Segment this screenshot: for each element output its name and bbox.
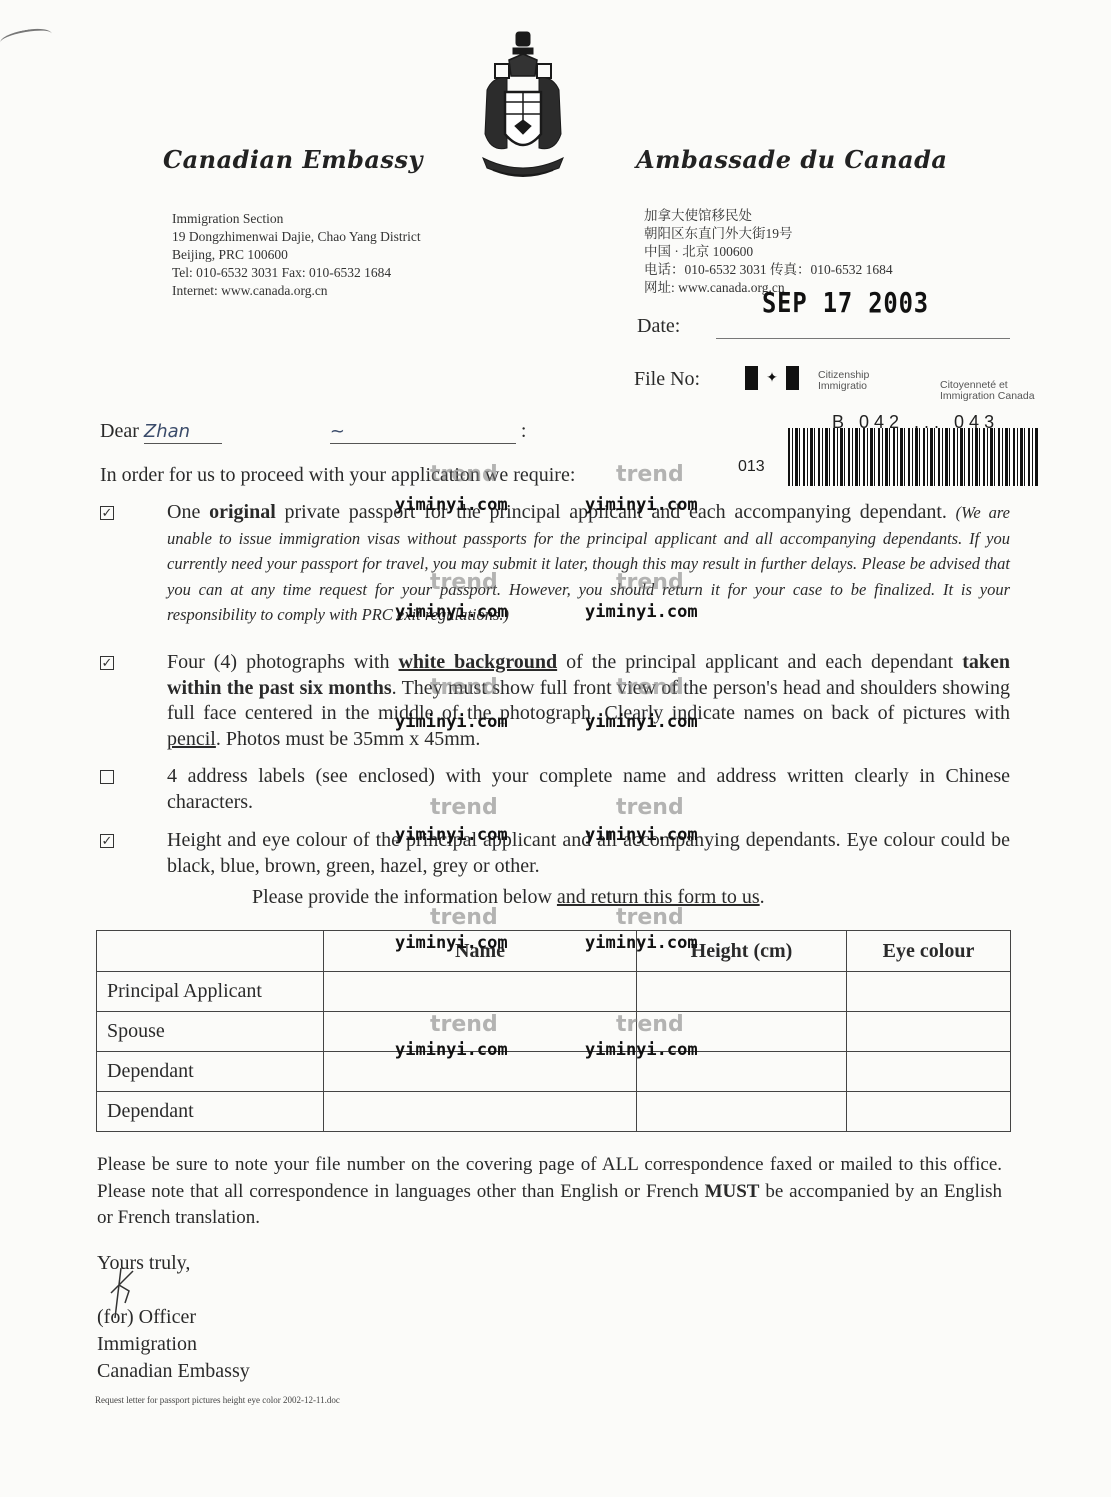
column-header-name: Name: [324, 931, 637, 972]
text-run: One: [167, 501, 209, 523]
text-run: . Photos must be 35mm x 45mm.: [216, 728, 480, 750]
barcode: [788, 428, 1038, 486]
table-cell[interactable]: [637, 972, 847, 1012]
requirement-text: 4 address labels (see enclosed) with you…: [167, 764, 1010, 815]
agency-name-english: Citizenship Immigratio: [818, 370, 869, 392]
table-cell[interactable]: [847, 1052, 1011, 1092]
salutation-colon: :: [521, 420, 527, 442]
first-name-field[interactable]: Zhan: [144, 420, 222, 444]
table-row: Principal Applicant: [97, 972, 1011, 1012]
address-line: 加拿大使馆移民处: [644, 207, 893, 225]
signature-scribble-icon: [105, 1263, 145, 1323]
text-run: pencil: [167, 728, 216, 750]
file-number-label: File No:: [634, 368, 700, 391]
closing-emphasis: MUST: [705, 1181, 760, 1202]
chinese-address: 加拿大使馆移民处 朝阳区东直门外大街19号 中国 · 北京 100600 电话：…: [644, 207, 893, 297]
provide-suffix: .: [760, 886, 765, 908]
text-run: original: [209, 501, 276, 523]
applicant-info-table: Name Height (cm) Eye colour Principal Ap…: [96, 930, 1011, 1132]
column-header: [97, 931, 324, 972]
file-prefix: 013: [738, 458, 765, 476]
address-line: Internet: www.canada.org.cn: [172, 282, 421, 300]
row-label: Principal Applicant: [97, 972, 324, 1012]
table-cell[interactable]: [847, 1092, 1011, 1132]
provide-instruction: Please provide the information below and…: [252, 886, 765, 909]
address-line: 电话：010-6532 3031 传真：010-6532 1684: [644, 261, 893, 279]
handwritten-last-name: ~: [330, 421, 345, 442]
address-line: Immigration Section: [172, 210, 421, 228]
organization: Canadian Embassy: [97, 1358, 250, 1385]
date-label: Date:: [637, 315, 680, 338]
address-line: 朝阳区东直门外大街19号: [644, 225, 893, 243]
height-eye-checkbox[interactable]: ✓: [100, 834, 114, 848]
table-cell[interactable]: [324, 1012, 637, 1052]
table-cell[interactable]: [324, 1092, 637, 1132]
table-cell[interactable]: [637, 1012, 847, 1052]
table-cell[interactable]: [637, 1092, 847, 1132]
provide-underlined: and return this form to us: [557, 886, 760, 908]
address-line: Beijing, PRC 100600: [172, 246, 421, 264]
table-cell[interactable]: [324, 972, 637, 1012]
table-row: Spouse: [97, 1012, 1011, 1052]
passport-checkbox[interactable]: ✓: [100, 506, 114, 520]
requirement-text: Four (4) photographs with white backgrou…: [167, 650, 1010, 752]
row-label: Dependant: [97, 1052, 324, 1092]
address-line: 中国 · 北京 100600: [644, 243, 893, 261]
text-run: private passport for the principal appli…: [276, 501, 956, 523]
date-field-line: [716, 338, 1010, 339]
address-line: 19 Dongzhimenwai Dajie, Chao Yang Distri…: [172, 228, 421, 246]
stray-pen-mark: [0, 26, 53, 51]
agency-name-french: Citoyenneté et Immigration Canada: [940, 380, 1035, 402]
row-label: Dependant: [97, 1092, 324, 1132]
date-stamp: SEP 17 2003: [762, 286, 929, 319]
text-run: Height and eye colour of the principal a…: [167, 829, 1010, 877]
column-header-eye-colour: Eye colour: [847, 931, 1011, 972]
table-cell[interactable]: [847, 972, 1011, 1012]
text-run: white background: [398, 651, 557, 673]
salutation: Dear Zhan ~ :: [100, 420, 526, 444]
table-row: Dependant: [97, 1052, 1011, 1092]
handwritten-first-name: Zhan: [144, 421, 190, 442]
last-name-field[interactable]: ~: [330, 420, 516, 444]
text-run: Four (4) photographs with: [167, 651, 398, 673]
table-header-row: Name Height (cm) Eye colour: [97, 931, 1011, 972]
coat-of-arms-icon: [473, 30, 573, 185]
english-address: Immigration Section 19 Dongzhimenwai Daj…: [172, 210, 421, 300]
intro-text: In order for us to proceed with your app…: [100, 464, 575, 487]
letterhead-english-title: Canadian Embassy: [163, 145, 423, 174]
text-run: 4 address labels (see enclosed) with you…: [167, 765, 1010, 813]
agency-line: Immigratio: [818, 381, 869, 392]
document-filename: Request letter for passport pictures hei…: [95, 1395, 340, 1405]
watermark-logo: trend: [616, 462, 684, 487]
dear-label: Dear: [100, 420, 139, 442]
text-run: of the principal applicant and each depe…: [557, 651, 962, 673]
address-line: Tel: 010-6532 3031 Fax: 010-6532 1684: [172, 264, 421, 282]
table-cell[interactable]: [324, 1052, 637, 1092]
photographs-checkbox[interactable]: ✓: [100, 656, 114, 670]
letterhead-french-title: Ambassade du Canada: [636, 145, 947, 174]
row-label: Spouse: [97, 1012, 324, 1052]
requirement-text: Height and eye colour of the principal a…: [167, 828, 1010, 879]
requirement-text: One original private passport for the pr…: [167, 500, 1010, 628]
provide-prefix: Please provide the information below: [252, 886, 557, 908]
table-cell[interactable]: [847, 1012, 1011, 1052]
signoff: Yours truly, (for) Officer Immigration C…: [97, 1250, 250, 1385]
agency-line: Immigration Canada: [940, 391, 1035, 402]
column-header-height: Height (cm): [637, 931, 847, 972]
signature: [97, 1277, 250, 1304]
canada-flag-icon: ✦: [745, 366, 799, 390]
table-cell[interactable]: [637, 1052, 847, 1092]
table-row: Dependant: [97, 1092, 1011, 1132]
department: Immigration: [97, 1331, 250, 1358]
address-labels-checkbox[interactable]: [100, 770, 114, 784]
closing-paragraph: Please be sure to note your file number …: [97, 1152, 1002, 1232]
